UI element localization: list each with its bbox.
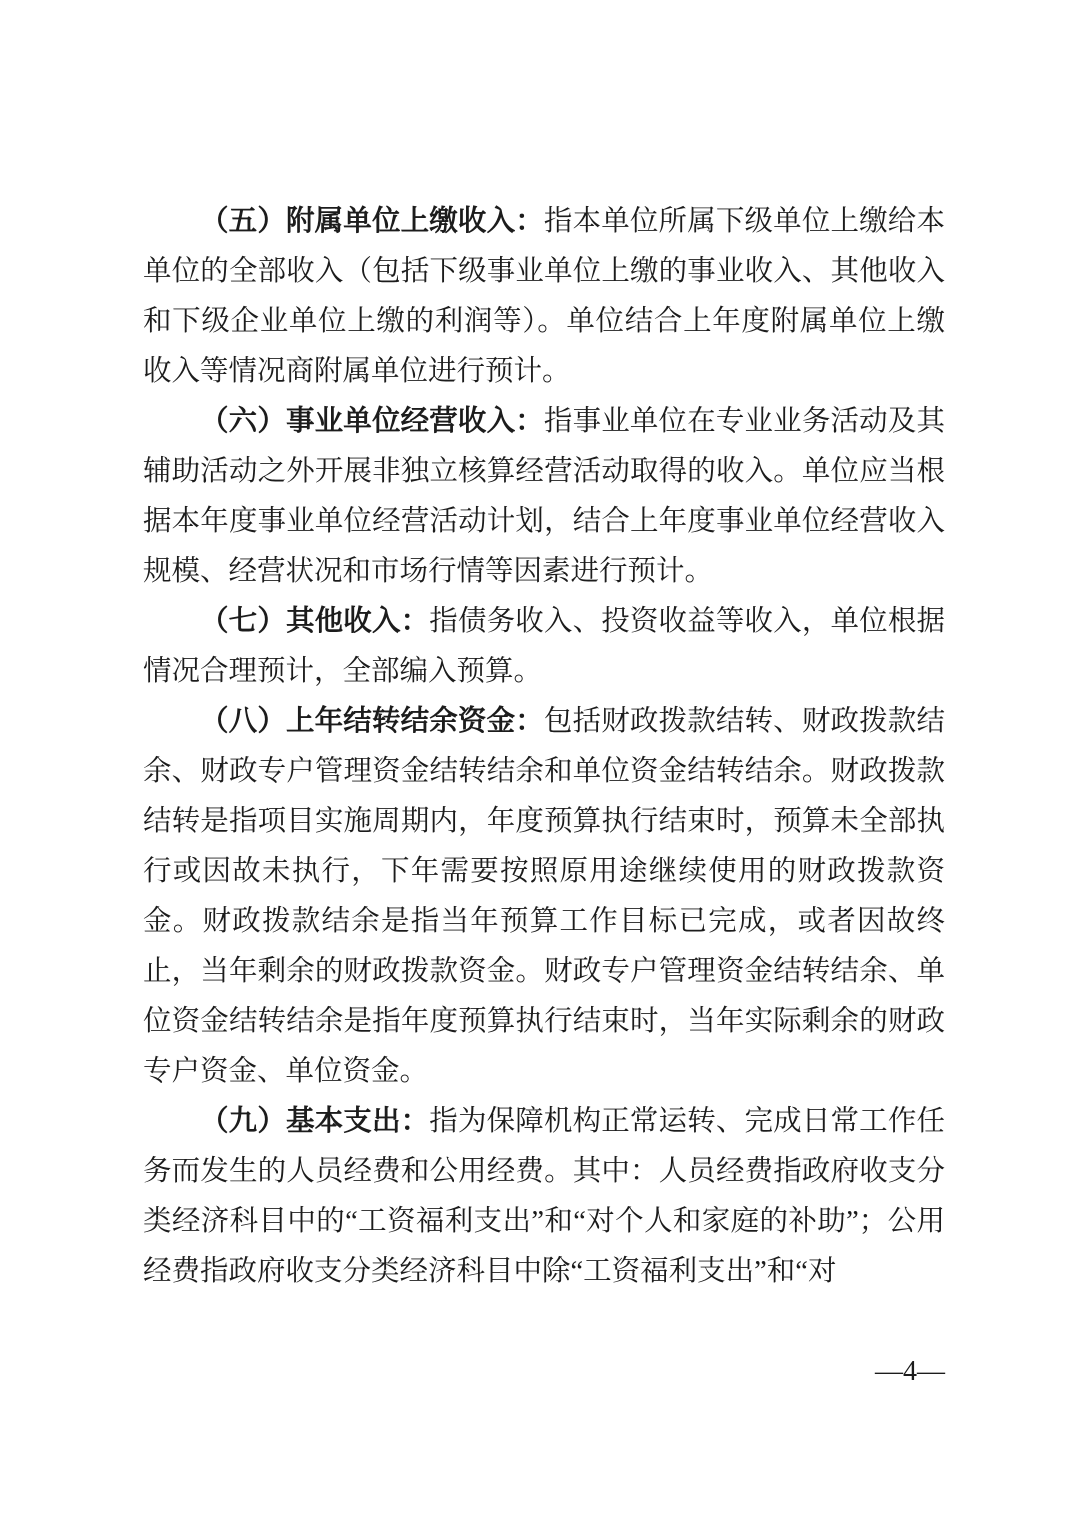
paragraph-heading: （九）基本支出： — [200, 1106, 429, 1137]
paragraph: （八）上年结转结余资金：包括财政拨款结转、财政拨款结余、财政专户管理资金结转结余… — [143, 697, 945, 1097]
paragraph-heading: （七）其他收入： — [200, 606, 429, 637]
paragraph-heading: （六）事业单位经营收入： — [200, 406, 544, 437]
paragraph: （七）其他收入：指债务收入、投资收益等收入，单位根据情况合理预计，全部编入预算。 — [143, 597, 945, 697]
paragraph: （五）附属单位上缴收入：指本单位所属下级单位上缴给本单位的全部收入（包括下级事业… — [143, 197, 945, 397]
document-page: （五）附属单位上缴收入：指本单位所属下级单位上缴给本单位的全部收入（包括下级事业… — [0, 0, 1074, 1520]
document-body: （五）附属单位上缴收入：指本单位所属下级单位上缴给本单位的全部收入（包括下级事业… — [143, 197, 945, 1297]
paragraph: （六）事业单位经营收入：指事业单位在专业业务活动及其辅助活动之外开展非独立核算经… — [143, 397, 945, 597]
page-number: —4— — [875, 1347, 945, 1397]
paragraph: （九）基本支出：指为保障机构正常运转、完成日常工作任务而发生的人员经费和公用经费… — [143, 1097, 945, 1297]
paragraph-heading: （八）上年结转结余资金： — [200, 706, 544, 737]
paragraph-text: 包括财政拨款结转、财政拨款结余、财政专户管理资金结转结余和单位资金结转结余。财政… — [143, 706, 945, 1087]
paragraph-heading: （五）附属单位上缴收入： — [200, 206, 544, 237]
